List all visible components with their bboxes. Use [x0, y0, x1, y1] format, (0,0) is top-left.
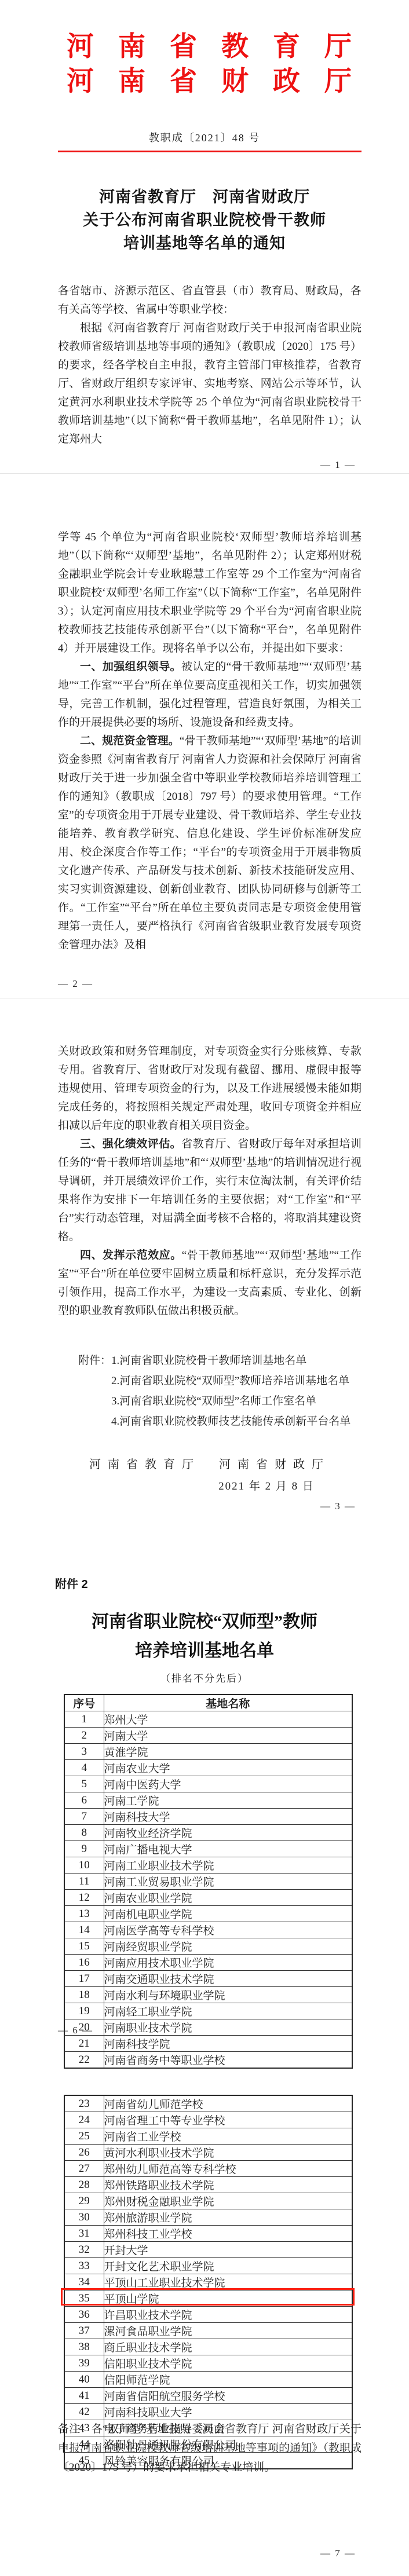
page-number-6: — 6 — [58, 2025, 93, 2036]
row-number: 40 [64, 2372, 104, 2388]
base-name: 河南轻工职业学院 [104, 2003, 352, 2019]
table-row: 1郑州大学 [64, 1711, 352, 1728]
column-header-name: 基地名称 [104, 1695, 352, 1711]
attachments-items: 1.河南省职业院校骨干教师培训基地名单2.河南省职业院校“双师型”教师培养培训基… [111, 1351, 350, 1432]
letterhead-char: 财 [221, 68, 249, 96]
base-name: 河南科技大学 [104, 1809, 352, 1825]
base-name: 河南应用技术职业学院 [104, 1955, 352, 1971]
attachment2-title-line1: 河南省职业院校“双师型”教师 [0, 1608, 409, 1637]
row-number: 11 [64, 1874, 104, 1890]
row-number: 36 [64, 2307, 104, 2323]
base-name: 河南科技学院 [104, 2036, 352, 2052]
attachment2-subtitle: （排名不分先后） [0, 1670, 409, 1685]
salutation: 各省辖市、济源示范区、省直管县（市）教育局、财政局，各有关高等学校、省属中等职业… [58, 282, 361, 319]
issuing-agencies: 河南省教育厅 河南省财政厅 [58, 1455, 361, 1472]
row-number: 25 [64, 2128, 104, 2145]
row-number: 14 [64, 1922, 104, 1938]
section-2-body-page2: “骨干教师基地”“‘双师型’基地”的培训资金参照《河南省教育厅 河南省人力资源和… [58, 735, 361, 951]
letterhead-char: 厅 [324, 33, 352, 61]
document-number: 教职成〔2021〕48 号 [0, 130, 409, 145]
base-name: 河南工业贸易职业学院 [104, 1874, 352, 1890]
paragraph-page2-continuation: 学等 45 个单位为“河南省职业院校‘双师型’教师培养培训基地”（以下简称“‘双… [58, 528, 361, 658]
base-name: 漯河食品职业学院 [104, 2323, 352, 2339]
row-number: 39 [64, 2355, 104, 2372]
base-name: 河南农业大学 [104, 1760, 352, 1776]
row-number: 9 [64, 1841, 104, 1857]
table-row: 38商丘职业技术学院 [64, 2339, 352, 2355]
base-name: 郑州财税金融职业学院 [104, 2193, 352, 2209]
table-row: 8河南牧业经济学院 [64, 1825, 352, 1841]
table-row: 11河南工业贸易职业学院 [64, 1874, 352, 1890]
letterhead-char: 南 [118, 33, 145, 61]
table-row: 24河南省理工中等专业学校 [64, 2112, 352, 2128]
row-number: 42 [64, 2404, 104, 2420]
table-row: 37漯河食品职业学院 [64, 2323, 352, 2339]
letterhead-char: 厅 [324, 68, 352, 96]
table-row: 34平顶山工业职业技术学院 [64, 2274, 352, 2290]
row-number: 29 [64, 2193, 104, 2209]
attachment2-label: 附件 2 [55, 1575, 88, 1591]
attachment-item: 3.河南省职业院校“双师型”名师工作室名单 [111, 1391, 350, 1411]
table-row: 6河南工学院 [64, 1792, 352, 1809]
base-name: 河南工业职业技术学院 [104, 1857, 352, 1874]
body-page3: 关财政政策和财务管理制度，对专项资金实行分账核算、专款专用。省教育厅、省财政厅对… [58, 1042, 361, 1320]
letterhead-char: 教 [221, 33, 249, 61]
row-number: 4 [64, 1760, 104, 1776]
section-2: 二、规范资金管理。“骨干教师基地”“‘双师型’基地”的培训资金参照《河南省教育厅… [58, 732, 361, 954]
row-number: 38 [64, 2339, 104, 2355]
base-name: 郑州幼儿师范高等专科学校 [104, 2161, 352, 2177]
letterhead-org-1: 河南省教育厅 [67, 33, 352, 61]
row-number: 5 [64, 1776, 104, 1792]
table-row: 2河南大学 [64, 1728, 352, 1744]
row-number: 23 [64, 2095, 104, 2112]
row-number: 19 [64, 2003, 104, 2019]
table-row: 32开封大学 [64, 2242, 352, 2258]
attachment-item: 1.河南省职业院校骨干教师培训基地名单 [111, 1351, 350, 1371]
table-row: 33开封文化艺术职业学院 [64, 2258, 352, 2274]
base-name: 郑州大学 [104, 1711, 352, 1728]
row-number: 22 [64, 2052, 104, 2069]
base-name: 许昌职业技术学院 [104, 2307, 352, 2323]
page-number-3: — 3 — [320, 1501, 356, 1512]
section-3-body: 省教育厅、省财政厅每年对承担培训任务的“骨干教师培训基地”和“‘双师型’基地”的… [58, 1138, 361, 1243]
row-number: 6 [64, 1792, 104, 1809]
table-row: 39信阳职业技术学院 [64, 2355, 352, 2372]
table-row: 35平顶山学院 [64, 2290, 352, 2307]
section-1-lead: 一、加强组织领导。 [80, 661, 181, 673]
table-row: 36许昌职业技术学院 [64, 2307, 352, 2323]
base-name: 黄河水利职业技术学院 [104, 2145, 352, 2161]
table-row: 14河南医学高等专科学校 [64, 1922, 352, 1938]
base-name: 黄淮学院 [104, 1744, 352, 1760]
notice-title-line3: 培训基地等名单的通知 [0, 232, 409, 255]
row-number: 37 [64, 2323, 104, 2339]
attachment2-title: 河南省职业院校“双师型”教师 培养培训基地名单 [0, 1608, 409, 1666]
row-number: 2 [64, 1728, 104, 1744]
base-name: 河南农业职业学院 [104, 1890, 352, 1906]
notice-title: 河南省教育厅 河南省财政厅 关于公布河南省职业院校骨干教师 培训基地等名单的通知 [0, 185, 409, 255]
base-name: 河南机电职业学院 [104, 1906, 352, 1922]
table-row: 27郑州幼儿师范高等专科学校 [64, 2161, 352, 2177]
base-table-page7: 23河南省幼儿师范学校24河南省理工中等专业学校25河南省工业学校26黄河水利职… [64, 2095, 352, 2469]
base-name: 河南省工业学校 [104, 2128, 352, 2145]
base-name: 河南大学 [104, 1728, 352, 1744]
row-number: 41 [64, 2388, 104, 2404]
table-row: 20河南职业技术学院 [64, 2019, 352, 2036]
table-row: 18河南水利与环境职业学院 [64, 1987, 352, 2003]
row-number: 26 [64, 2145, 104, 2161]
issue-date: 2021 年 2 月 8 日 [0, 1477, 409, 1493]
base-name: 郑州旅游职业学院 [104, 2209, 352, 2226]
letterhead-rule [58, 151, 361, 152]
base-name: 河南医学高等专科学校 [104, 1922, 352, 1938]
table-row: 16河南应用技术职业学院 [64, 1955, 352, 1971]
attachment-item: 4.河南省职业院校教师技艺技能传承创新平台名单 [111, 1411, 350, 1432]
attachment-item: 2.河南省职业院校“双师型”教师培养培训基地名单 [111, 1371, 350, 1391]
table-row: 7河南科技大学 [64, 1809, 352, 1825]
notice-title-line1: 河南省教育厅 河南省财政厅 [0, 185, 409, 208]
row-number: 35 [64, 2290, 104, 2307]
table-row: 12河南农业职业学院 [64, 1890, 352, 1906]
document-page: 河南省教育厅 河南省财政厅 教职成〔2021〕48 号 河南省教育厅 河南省财政… [0, 0, 409, 2576]
base-table-page6: 序号 基地名称 1郑州大学2河南大学3黄淮学院4河南农业大学5河南中医药大学6河… [64, 1694, 352, 2069]
table-row: 23河南省幼儿师范学校 [64, 2095, 352, 2112]
table-row: 19河南轻工职业学院 [64, 2003, 352, 2019]
row-number: 24 [64, 2112, 104, 2128]
table-row: 25河南省工业学校 [64, 2128, 352, 2145]
row-number: 1 [64, 1711, 104, 1728]
section-3-lead: 三、强化绩效评估。 [80, 1138, 181, 1150]
base-name: 河南省信阳航空服务学校 [104, 2388, 352, 2404]
base-name: 开封大学 [104, 2242, 352, 2258]
letterhead-char: 育 [273, 33, 300, 61]
section-1: 一、加强组织领导。被认定的“骨干教师基地”“‘双师型’基地”“工作室”“平台”所… [58, 658, 361, 732]
base-name: 河南交通职业技术学院 [104, 1971, 352, 1987]
row-number: 10 [64, 1857, 104, 1874]
table-row: 31郑州科技工业学校 [64, 2226, 352, 2242]
notice-title-line2: 关于公布河南省职业院校骨干教师 [0, 208, 409, 232]
letterhead-char: 政 [273, 68, 300, 96]
row-number: 28 [64, 2177, 104, 2193]
table-note: 备注：各“双师型”基地按照《河南省教育厅 河南省财政厅关于申报河南省职业院校教师… [58, 2420, 361, 2477]
base-name: 郑州科技工业学校 [104, 2226, 352, 2242]
base-name: 平顶山工业职业技术学院 [104, 2274, 352, 2290]
table-row: 9河南广播电视大学 [64, 1841, 352, 1857]
page-number-2: — 2 — [58, 978, 93, 990]
letterhead-char: 省 [170, 33, 197, 61]
table-row: 28郑州铁路职业技术学院 [64, 2177, 352, 2193]
base-name: 信阳师范学院 [104, 2372, 352, 2388]
page-separator [0, 998, 409, 998]
row-number: 3 [64, 1744, 104, 1760]
row-number: 15 [64, 1938, 104, 1955]
row-number: 13 [64, 1906, 104, 1922]
base-name: 平顶山学院 [104, 2290, 352, 2307]
table-row: 4河南农业大学 [64, 1760, 352, 1776]
letterhead-org-2: 河南省财政厅 [67, 68, 352, 96]
row-number: 8 [64, 1825, 104, 1841]
base-name: 河南经贸职业学院 [104, 1938, 352, 1955]
section-2-body-page3: 关财政政策和财务管理制度，对专项资金实行分账核算、专款专用。省教育厅、省财政厅对… [58, 1042, 361, 1135]
letterhead-char: 南 [118, 68, 145, 96]
section-2-lead: 二、规范资金管理。 [80, 735, 180, 747]
page-number-1: — 1 — [320, 459, 356, 471]
table-row: 3黄淮学院 [64, 1744, 352, 1760]
table-row: 13河南机电职业学院 [64, 1906, 352, 1922]
section-4-lead: 四、发挥示范效应。 [80, 1249, 182, 1261]
page-number-7: — 7 — [320, 2548, 356, 2559]
base-name: 河南广播电视大学 [104, 1841, 352, 1857]
table-row: 5河南中医药大学 [64, 1776, 352, 1792]
row-number: 16 [64, 1955, 104, 1971]
table-row: 21河南科技学院 [64, 2036, 352, 2052]
table-header-row: 序号 基地名称 [64, 1695, 352, 1711]
section-3: 三、强化绩效评估。省教育厅、省财政厅每年对承担培训任务的“骨干教师培训基地”和“… [58, 1135, 361, 1246]
base-name: 河南省商务中等职业学校 [104, 2052, 352, 2069]
base-name: 信阳职业技术学院 [104, 2355, 352, 2372]
attachment2-title-line2: 培养培训基地名单 [0, 1637, 409, 1666]
base-name: 郑州铁路职业技术学院 [104, 2177, 352, 2193]
page-separator [0, 473, 409, 474]
base-name: 开封文化艺术职业学院 [104, 2258, 352, 2274]
base-name: 河南省理工中等专业学校 [104, 2112, 352, 2128]
base-name: 商丘职业技术学院 [104, 2339, 352, 2355]
row-number: 18 [64, 1987, 104, 2003]
row-number: 7 [64, 1809, 104, 1825]
base-name: 河南工学院 [104, 1792, 352, 1809]
table-row: 29郑州财税金融职业学院 [64, 2193, 352, 2209]
table-row: 17河南交通职业技术学院 [64, 1971, 352, 1987]
row-number: 30 [64, 2209, 104, 2226]
base-name: 河南科技职业大学 [104, 2404, 352, 2420]
base-name: 河南水利与环境职业学院 [104, 1987, 352, 2003]
table-row: 40信阳师范学院 [64, 2372, 352, 2388]
letterhead-char: 河 [67, 68, 94, 96]
table-row: 10河南工业职业技术学院 [64, 1857, 352, 1874]
attachments-list: 附件： 1.河南省职业院校骨干教师培训基地名单2.河南省职业院校“双师型”教师培… [78, 1351, 350, 1432]
row-number: 33 [64, 2258, 104, 2274]
table-row: 30郑州旅游职业学院 [64, 2209, 352, 2226]
row-number: 27 [64, 2161, 104, 2177]
table-row: 41河南省信阳航空服务学校 [64, 2388, 352, 2404]
letterhead-char: 河 [67, 33, 94, 61]
table-row: 15河南经贸职业学院 [64, 1938, 352, 1955]
row-number: 32 [64, 2242, 104, 2258]
body-page1: 各省辖市、济源示范区、省直管县（市）教育局、财政局，各有关高等学校、省属中等职业… [58, 282, 361, 449]
base-name: 河南省幼儿师范学校 [104, 2095, 352, 2112]
row-number: 17 [64, 1971, 104, 1987]
row-number: 12 [64, 1890, 104, 1906]
letterhead-char: 省 [170, 68, 197, 96]
row-number: 34 [64, 2274, 104, 2290]
base-name: 河南职业技术学院 [104, 2019, 352, 2036]
body-page2: 学等 45 个单位为“河南省职业院校‘双师型’教师培养培训基地”（以下简称“‘双… [58, 528, 361, 954]
row-number: 21 [64, 2036, 104, 2052]
table-row: 26黄河水利职业技术学院 [64, 2145, 352, 2161]
base-name: 河南中医药大学 [104, 1776, 352, 1792]
table-row: 22河南省商务中等职业学校 [64, 2052, 352, 2069]
attachments-label: 附件： [78, 1351, 111, 1432]
paragraph-page1: 根据《河南省教育厅 河南省财政厅关于申报河南省职业院校教师省级培训基地等事项的通… [58, 319, 361, 449]
table-row: 42河南科技职业大学 [64, 2404, 352, 2420]
column-header-no: 序号 [64, 1695, 104, 1711]
section-4: 四、发挥示范效应。“骨干教师基地”“‘双师型’基地”“工作室”“平台”所在单位要… [58, 1246, 361, 1320]
row-number: 31 [64, 2226, 104, 2242]
base-name: 河南牧业经济学院 [104, 1825, 352, 1841]
